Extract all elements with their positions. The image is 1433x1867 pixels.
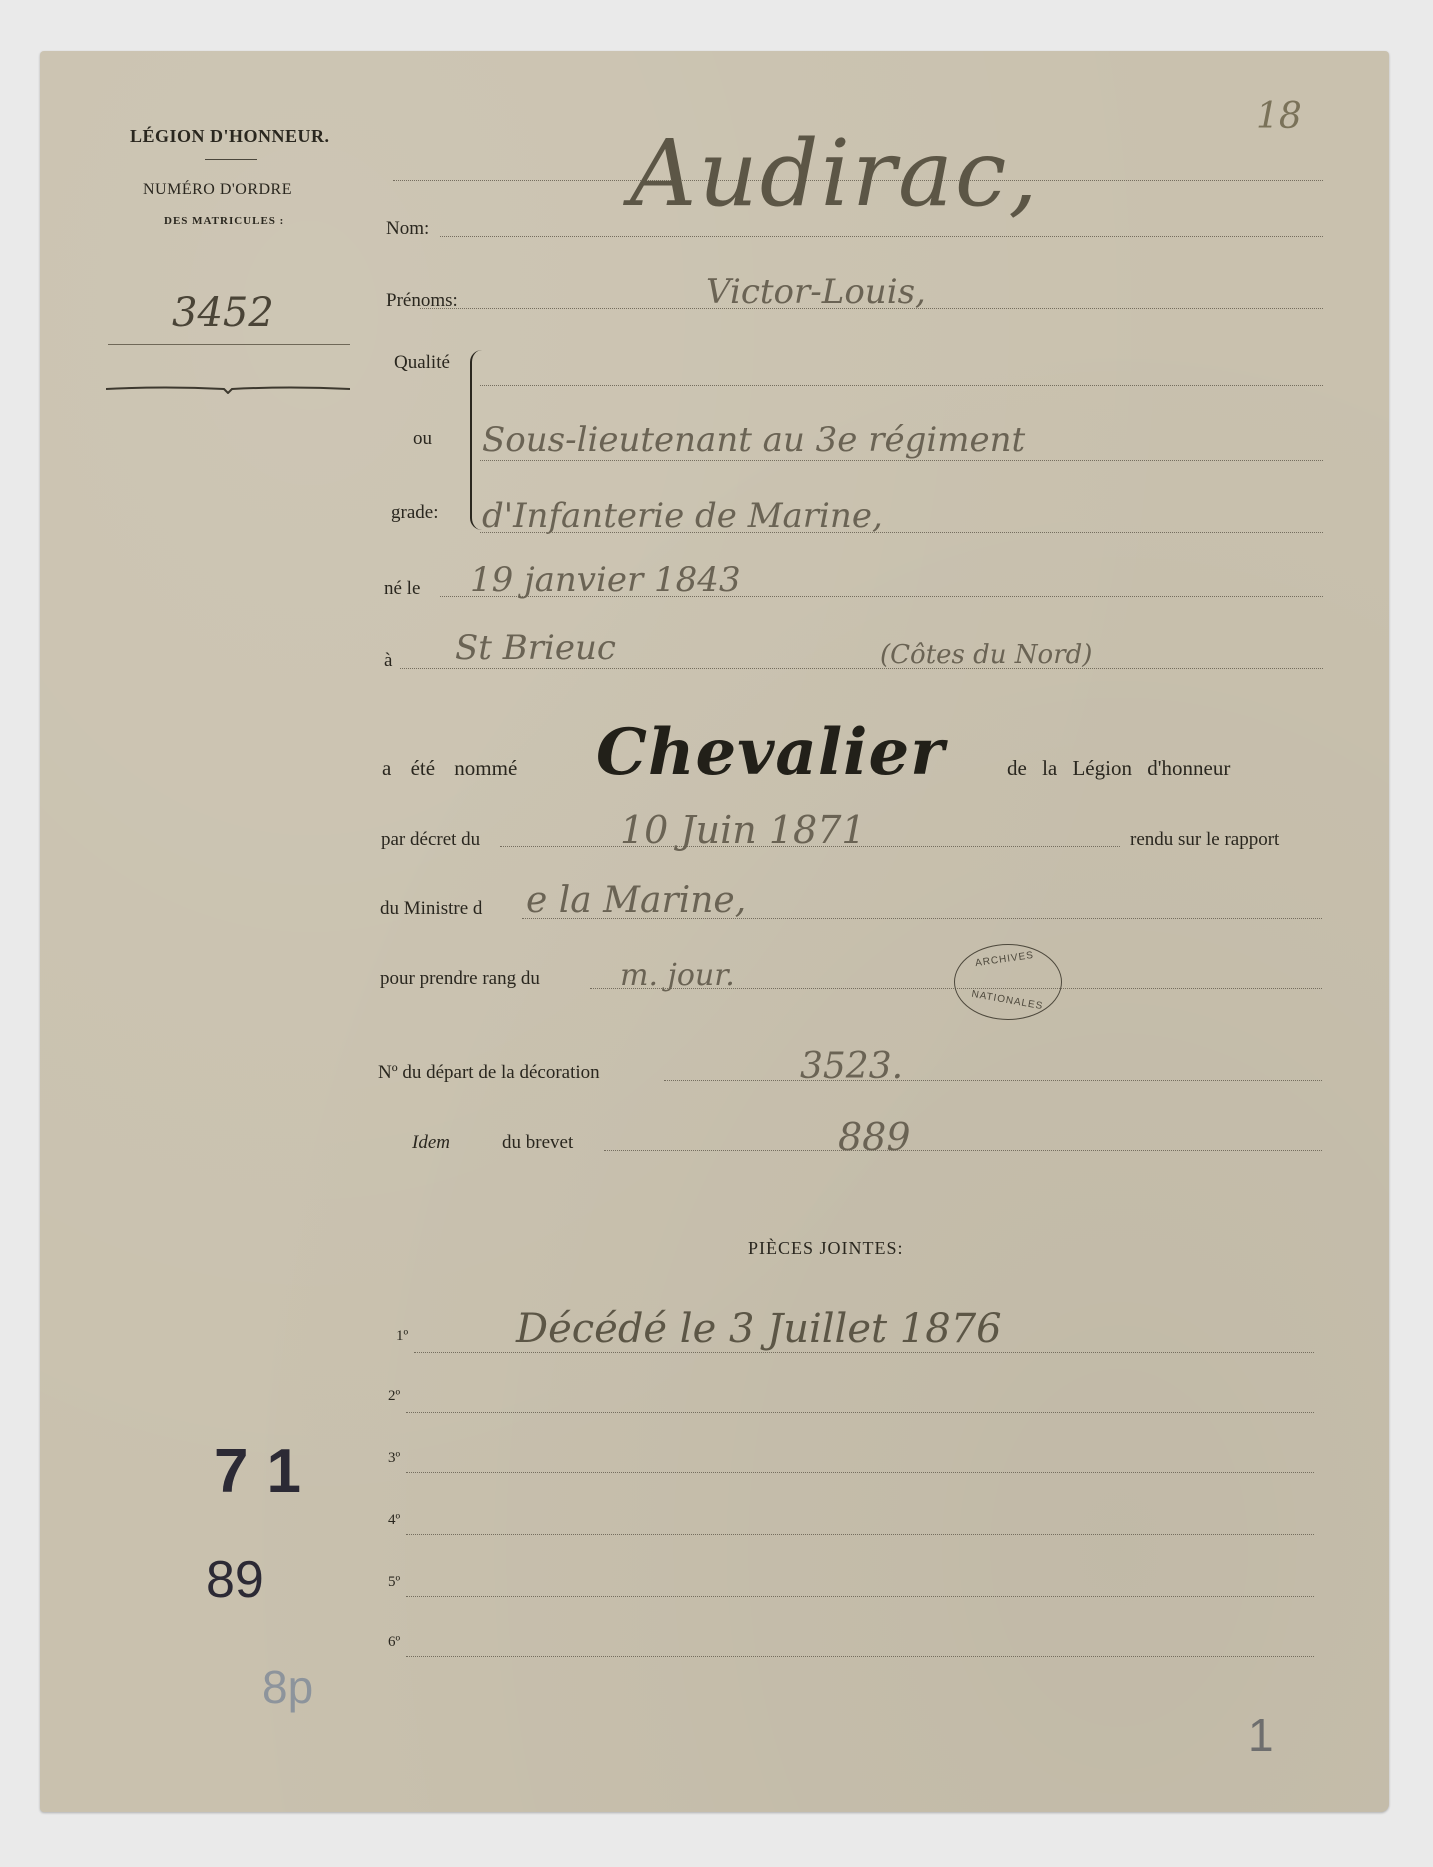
archives-nationales-stamp: ARCHIVES NATIONALES [954,944,1062,1020]
piece-rule-2 [406,1412,1314,1413]
a-dept: (Côtes du Nord) [880,640,1092,670]
piece-num-4: 4º [388,1512,400,1529]
grade-rule-3 [480,532,1323,533]
marker-annotation-bottom: 89 [206,1550,264,1610]
ministre-label: du Ministre d [380,898,482,920]
matricule-number: 3452 [172,290,274,336]
header-title: LÉGION D'HONNEUR. [130,126,330,147]
ou-label: ou [413,428,432,450]
rank-title: Chevalier [596,715,945,790]
corner-mark: 18 [1256,96,1302,137]
ne-le-value: 19 janvier 1843 [470,560,741,600]
matricule-underline [108,344,350,345]
depart-value: 3523. [800,1046,903,1087]
grade-label: grade: [391,502,438,524]
prenoms-value: Victor-Louis, [706,272,926,312]
nomme-prefix: a été nommé [382,756,517,781]
idem-label: Idem [412,1132,450,1154]
nom-label: Nom: [386,218,429,240]
brevet-label: du brevet [502,1132,573,1154]
piece-value-1: Décédé le 3 Juillet 1876 [516,1306,1002,1352]
stamp-bottom-text: NATIONALES [971,989,1044,1012]
piece-rule-1 [414,1352,1314,1353]
brevet-value: 889 [838,1115,911,1159]
grade-rule-2 [480,460,1323,461]
a-value: St Brieuc [455,628,616,668]
decret-label: par décret du [381,829,480,851]
stamp-top-text: ARCHIVES [975,950,1035,969]
rapport-label: rendu sur le rapport [1130,829,1279,851]
ministre-value: e la Marine, [526,880,746,921]
header-subtitle: NUMÉRO D'ORDRE [143,181,292,199]
piece-num-5: 5º [388,1574,400,1591]
piece-num-2: 2º [388,1388,400,1405]
nom-value: Audirac, [630,120,1040,227]
decret-value: 10 Juin 1871 [620,808,866,852]
rang-value: m. jour. [620,958,735,993]
piece-num-3: 3º [388,1450,400,1467]
pencil-annotation: 8p [262,1660,313,1714]
piece-rule-6 [406,1656,1314,1657]
nom-rule [440,236,1323,237]
piece-rule-3 [406,1472,1314,1473]
piece-rule-4 [406,1534,1314,1535]
marker-annotation-top: 71 [214,1436,319,1507]
page-number: 1 [1248,1708,1274,1762]
ne-le-label: né le [384,578,420,600]
brevet-rule [604,1150,1322,1151]
flourish-divider [106,386,350,394]
grade-rule-1 [480,385,1323,386]
a-rule [400,668,1323,669]
header-subtitle2: DES MATRICULES : [164,215,284,227]
header-divider [205,159,257,160]
grade-line-2: d'Infanterie de Marine, [482,496,883,536]
depart-label: Nº du départ de la décoration [378,1062,600,1084]
piece-rule-5 [406,1596,1314,1597]
piece-num-6: 6º [388,1634,400,1651]
a-label: à [384,650,392,672]
grade-line-1: Sous-lieutenant au 3e régiment [482,420,1025,460]
depart-rule [664,1080,1322,1081]
qualite-label: Qualité [394,352,450,374]
pieces-heading: PIÈCES JOINTES: [748,1238,904,1259]
rang-label: pour prendre rang du [380,968,540,990]
nomme-suffix: de la Légion d'honneur [1007,756,1230,781]
piece-num-1: 1º [396,1328,408,1345]
